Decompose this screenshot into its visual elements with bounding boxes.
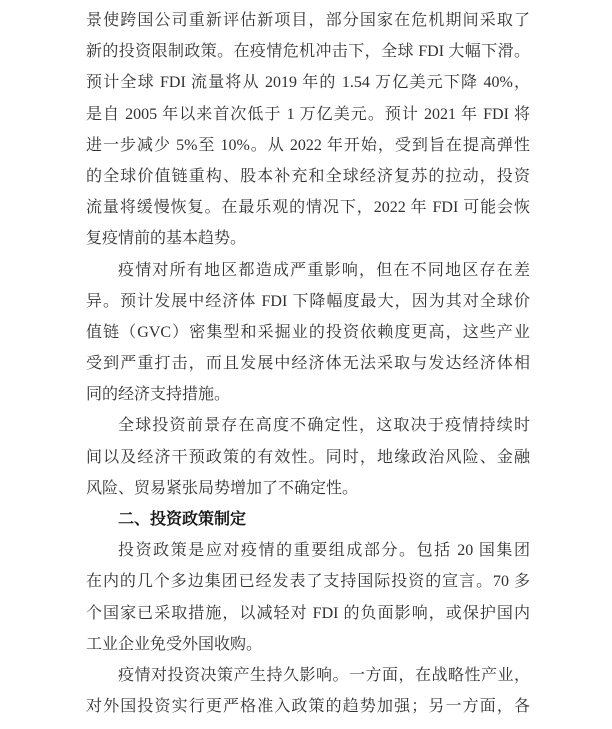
text-line: 同的经济支持措施。 — [86, 379, 530, 410]
text-line: 投资政策是应对疫情的重要组成部分。包括 20 国集团 — [86, 535, 530, 566]
document-text-block: 景使跨国公司重新评估新项目，部分国家在危机期间采取了新的投资限制政策。在疫情危机… — [86, 5, 530, 722]
text-line: 新的投资限制政策。在疫情危机冲击下，全球 FDI 大幅下滑。 — [86, 36, 530, 67]
text-line: 在内的几个多边集团已经发表了支持国际投资的宣言。70 多 — [86, 566, 530, 597]
text-line: 受到严重打击，而且发展中经济体无法采取与发达经济体相 — [86, 348, 530, 379]
text-line: 异。预计发展中经济体 FDI 下降幅度最大，因为其对全球价 — [86, 286, 530, 317]
text-line: 对外国投资实行更严格准入政策的趋势加强；另一方面，各 — [86, 691, 530, 722]
text-line: 是自 2005 年以来首次低于 1 万亿美元。预计 2021 年 FDI 将 — [86, 99, 530, 130]
section-heading: 二、投资政策制定 — [86, 504, 530, 535]
text-line: 工业企业免受外国收购。 — [86, 629, 530, 660]
text-line: 进一步减少 5%至 10%。从 2022 年开始，受到旨在提高弹性 — [86, 130, 530, 161]
text-line: 间以及经济干预政策的有效性。同时，地缘政治风险、金融 — [86, 442, 530, 473]
text-line: 疫情对所有地区都造成严重影响，但在不同地区存在差 — [86, 255, 530, 286]
text-line: 景使跨国公司重新评估新项目，部分国家在危机期间采取了 — [86, 5, 530, 36]
text-line: 的全球价值链重构、股本补充和全球经济复苏的拉动，投资 — [86, 161, 530, 192]
text-line: 值链（GVC）密集型和采掘业的投资依赖度更高，这些产业 — [86, 317, 530, 348]
text-line: 复疫情前的基本趋势。 — [86, 223, 530, 254]
text-line: 全球投资前景存在高度不确定性，这取决于疫情持续时 — [86, 410, 530, 441]
text-line: 流量将缓慢恢复。在最乐观的情况下，2022 年 FDI 可能会恢 — [86, 192, 530, 223]
text-line: 预计全球 FDI 流量将从 2019 年的 1.54 万亿美元下降 40%， — [86, 67, 530, 98]
document-page: 景使跨国公司重新评估新项目，部分国家在危机期间采取了新的投资限制政策。在疫情危机… — [0, 0, 612, 729]
text-line: 风险、贸易紧张局势增加了不确定性。 — [86, 473, 530, 504]
text-line: 个国家已采取措施，以减轻对 FDI 的负面影响，或保护国内 — [86, 598, 530, 629]
text-line: 疫情对投资决策产生持久影响。一方面，在战略性产业， — [86, 660, 530, 691]
